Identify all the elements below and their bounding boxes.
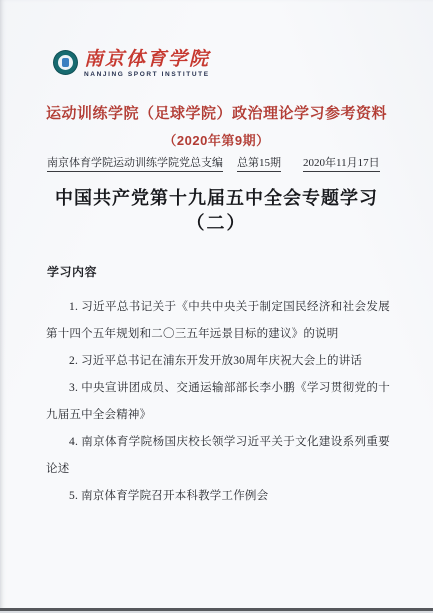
list-item: 5. 南京体育学院召开本科教学工作例会 [46,483,390,510]
document-title: 中国共产党第十九届五中全会专题学习 （二） [0,186,433,236]
institute-logo-text: 南京体育学院 NANJING SPORT INSTITUTE [84,49,210,78]
list-item: 4. 南京体育学院杨国庆校长领学习近平关于文化建设系列重要论述 [46,429,390,483]
cumulative-issue-no: 总第15期 [237,156,281,172]
institute-seal-icon [54,51,77,74]
seal-core-mark [62,58,69,67]
scanned-document-page: 南京体育学院 NANJING SPORT INSTITUTE 运动训练学院（足球… [0,0,433,613]
institute-name-english: NANJING SPORT INSTITUTE [84,71,210,78]
publication-date: 2020年11月17日 [303,156,380,172]
masthead-title: 运动训练学院（足球学院）政治理论学习参考资料 [0,104,433,124]
publication-info-line: 南京体育学院运动训练学院党总支编 总第15期 2020年11月17日 [47,156,389,172]
section-heading: 学习内容 [47,263,97,280]
scan-page-edge [0,608,433,611]
issue-number: （2020年第9期） [0,132,433,149]
list-item: 2. 习近平总书记在浦东开发开放30周年庆祝大会上的讲话 [46,348,390,375]
editor-credit: 南京体育学院运动训练学院党总支编 [47,156,223,172]
institute-name-calligraphy: 南京体育学院 [84,49,210,69]
document-title-line1: 中国共产党第十九届五中全会专题学习 [0,186,433,211]
list-item: 3. 中央宣讲团成员、交通运输部部长李小鹏《学习贯彻党的十九届五中全会精神》 [46,375,390,429]
list-item: 1. 习近平总书记关于《中共中央关于制定国民经济和社会发展第十四个五年规划和二〇… [46,294,390,348]
study-contents-list: 1. 习近平总书记关于《中共中央关于制定国民经济和社会发展第十四个五年规划和二〇… [46,294,390,510]
institute-logo: 南京体育学院 NANJING SPORT INSTITUTE [54,49,210,78]
document-title-line2: （二） [0,211,433,236]
